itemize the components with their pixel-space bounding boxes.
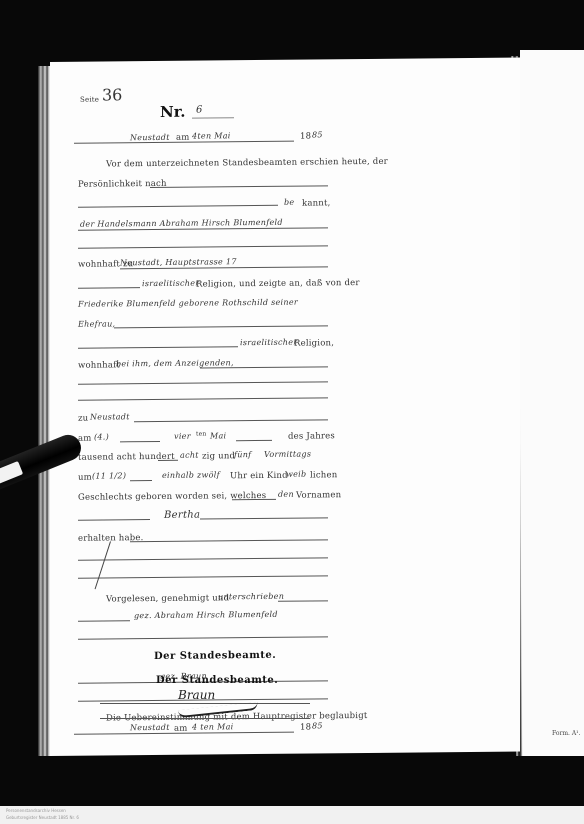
rule: [78, 205, 278, 208]
rule: [150, 185, 328, 188]
rule: [120, 441, 160, 442]
mother-religion: israelitischer: [240, 338, 297, 348]
rule: [278, 600, 328, 601]
footer-line-1: Personenstandsarchiv Hessen: [6, 808, 66, 813]
birth-day-word: vier: [174, 432, 191, 441]
birth-place: Neustadt: [90, 412, 130, 421]
cert-date: 4 ten Mai: [192, 722, 234, 731]
zig-label: zig und: [202, 451, 235, 461]
rule: [78, 620, 130, 621]
geschlecht-line: Geschlechts geboren worden sei, welches: [78, 491, 266, 503]
unterschrieben-hand: unterschrieben: [218, 592, 284, 602]
header-place: Neustadt: [130, 133, 170, 142]
rule: [158, 460, 178, 461]
page-label: Seite: [80, 96, 99, 104]
bekannt-print: kannt,: [302, 198, 331, 208]
rule: [78, 397, 328, 400]
form-note: Form. A¹.: [552, 730, 580, 737]
header-year-prefix: 18: [300, 131, 311, 141]
wohnhaft2-label: wohnhaft: [78, 360, 120, 370]
rule: [78, 680, 328, 683]
rule: [236, 440, 272, 441]
vorgelesen-label: Vorgelesen, genehmigt und: [106, 593, 229, 604]
footer-bar: Personenstandsarchiv Hessen Geburtsregis…: [0, 806, 584, 824]
rule: [232, 499, 276, 500]
religion2-label: Religion,: [294, 338, 334, 348]
rule: [78, 346, 238, 349]
mother-name: Friederike Blumenfeld geborene Rothschil…: [78, 298, 298, 309]
birth-hour-number: (11 1/2): [92, 471, 126, 480]
cert-year-prefix: 18: [300, 722, 311, 732]
rule: [78, 557, 328, 560]
record-number-label: Nr.: [160, 103, 185, 121]
connector-stroke: [95, 541, 111, 589]
nr-underline: [192, 117, 234, 118]
rule: [130, 480, 152, 481]
certification-text: Die Uebereinstimmung mit dem Hauptregist…: [106, 711, 367, 724]
footer-line-2: Geburtsregister Neustadt 1885 Nr. 6: [6, 815, 79, 820]
rule: [78, 287, 140, 289]
rule: [114, 325, 328, 328]
rule: [78, 575, 328, 578]
jahres-label: des Jahres: [288, 431, 335, 441]
den-hand: den: [278, 490, 294, 499]
birth-day-number: (4.): [94, 432, 109, 441]
religion-line: Religion, und zeigte an, daß von der: [196, 278, 360, 290]
rule: [78, 636, 328, 639]
persoenlichkeit-label: Persönlichkeit nach: [78, 179, 167, 190]
lichen-label: lichen: [310, 470, 337, 480]
intro-line: Vor dem unterzeichneten Standesbeamten e…: [106, 157, 388, 170]
rule: [78, 381, 328, 384]
child-name: Bertha: [164, 510, 200, 521]
official-signature: gez. Braun: [160, 671, 207, 680]
birth-decade: acht: [180, 451, 199, 460]
birth-month: Mai: [210, 431, 226, 440]
rule: [130, 539, 328, 542]
rule: [78, 698, 328, 701]
rule: [200, 517, 328, 519]
uhr-label: Uhr ein Kind: [230, 471, 288, 482]
right-page: Form. A¹.: [520, 50, 584, 756]
ehefrau: Ehefrau,: [78, 319, 115, 328]
cert-year-suffix: 85: [312, 721, 323, 730]
bekannt-hand: be: [284, 198, 294, 207]
header-date: 4ten Mai: [192, 131, 231, 140]
informant-signature: gez. Abraham Hirsch Blumenfeld: [134, 610, 278, 620]
informant-religion: israelitischer: [142, 279, 199, 289]
official-heading: Der Standesbeamte.: [154, 650, 276, 662]
zu-label: zu: [78, 414, 88, 424]
um-label: um: [78, 473, 92, 483]
child-sex: weib: [286, 470, 306, 479]
rule: [200, 366, 328, 368]
cert-place: Neustadt: [130, 723, 170, 732]
birth-time-of-day: Vormittags: [264, 449, 311, 458]
rule: [134, 419, 328, 422]
vornamen-label: Vornamen: [296, 490, 341, 500]
record-number-value: 6: [196, 105, 203, 116]
rule: [78, 245, 328, 248]
birth-hour-word: einhalb zwölf: [162, 470, 220, 480]
cert-am: am: [174, 724, 188, 734]
informant-address: Neustadt, Hauptstrasse 17: [120, 257, 237, 267]
register-page: Seite 36 Nr. 6 Neustadt am 4ten Mai 18 8…: [50, 57, 520, 756]
header-am: am: [176, 133, 190, 143]
birth-unit: fünf: [234, 450, 251, 459]
tausend-label: tausend acht hundert: [78, 452, 175, 463]
header-year-suffix: 85: [312, 130, 323, 139]
rule: [78, 519, 150, 521]
page-number: 36: [102, 85, 122, 104]
ten-label: ten: [196, 430, 206, 437]
